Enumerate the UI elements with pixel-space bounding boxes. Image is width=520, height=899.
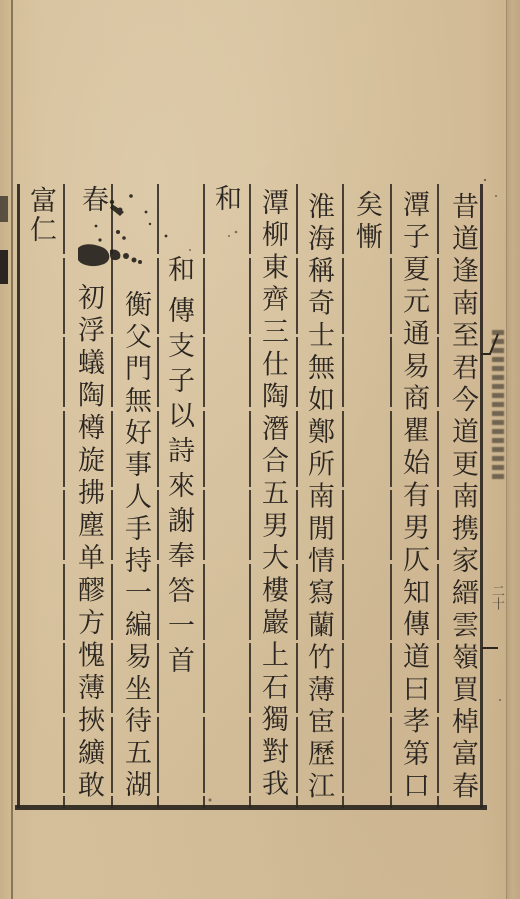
ink-damage bbox=[78, 194, 167, 266]
paper-specks bbox=[189, 179, 501, 802]
print-damage-and-fishtail bbox=[0, 0, 520, 899]
upper-fishtail-icon bbox=[481, 334, 498, 354]
